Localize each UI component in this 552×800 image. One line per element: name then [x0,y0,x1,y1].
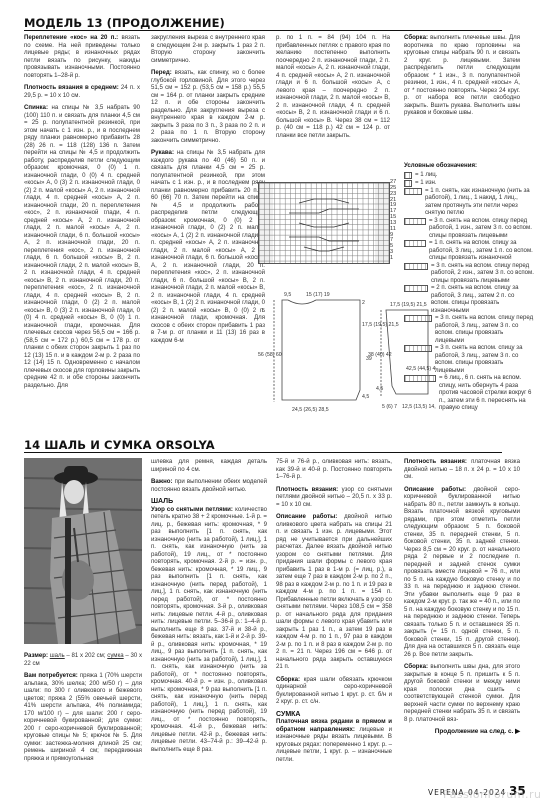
paragraph-text: шлевка для ремня, каждая деталь шириной … [151,458,267,473]
paragraph-text: вязать, как спинку, но с более глубокой … [151,69,265,144]
cable-chart-grid [258,182,390,264]
paragraph: закругления выреза с внутреннего края в … [151,34,265,64]
wrap-6-symbol-icon [404,375,436,382]
size-shawl: шаль [50,652,65,659]
shawl-pattern-text: количество петель кратно 38 + 2 кромочны… [151,506,267,753]
bag-heading: СУМКА [276,711,392,719]
schematic-back-neck: 5 [262,308,265,314]
model14-column-3: 75-й и 76-й р., оливковая нить: вязать, … [276,458,392,768]
paragraph-label: Сборка: [404,34,428,41]
paragraph-label: Спинка: [24,104,48,111]
legend-item: = 1 п. снять, как изнаночную (нить за ра… [404,187,534,217]
legend-item: = 3 п. снять на вспом. спицу перед работ… [404,314,534,344]
paragraph: Плотность вязания: платочная вязка двойн… [404,458,520,481]
continued-text: Продолжение на след. с. [435,728,514,735]
schematic-back-width: 24,5 (26,5) 28,5 [292,407,329,413]
continued-note: Продолжение на след. с. ▶ [404,728,520,736]
schematic-sleeve-band: 4,5 [376,386,383,392]
paragraph: шлевка для ремня, каждая деталь шириной … [151,458,267,473]
legend-item-text: = 2 п. снять на вспом. спицу за работой,… [431,284,534,314]
paragraph: р. по 1 п. = 84 (94) 104 п. На прибавлен… [276,34,390,139]
paragraph-label: Описание работы: [404,486,466,493]
shawl-heading: ШАЛЬ [151,498,267,506]
legend-item: = 6 лиц., 6 п. снять на вспом. спицу, ни… [404,374,534,412]
paragraph-label: Сборка: [276,676,300,683]
paragraph-text: двойной нитью оливкового цвета набрать н… [276,513,392,670]
size-paragraph: Размер: шаль – 81 х 202 см; сумка – 30 х… [24,652,142,667]
paragraph-label: Переплетение «кос» на 20 п.: [24,34,118,41]
paragraph-text: закругления выреза с внутреннего края в … [151,34,265,64]
model13-column-3: р. по 1 п. = 84 (94) 104 п. На прибавлен… [276,34,390,144]
schematic-back-top-left: 9,5 [284,292,291,298]
cable-crossings [259,183,389,263]
paragraph: Важно: при выполнении обеих моделей пост… [151,478,267,493]
paragraph-text: на спицы № 3,5 набрать 90 (100) 110 п. и… [24,104,140,389]
cable-3-3-front-icon [404,315,432,322]
arrow-right-icon: ▶ [515,728,520,735]
schematic-back-height: 56 (58) 60 [258,352,282,358]
legend-item-text: = 1 п. снять, как изнаночную (нить за ра… [425,187,534,217]
cable-3-2-front-icon [404,263,428,270]
materials-paragraph: Вам потребуется: пряжа 1 (70% шерсти аль… [24,672,142,762]
model14-column-4: Плотность вязания: платочная вязка двойн… [404,458,520,736]
bag-pattern-paragraph: Платочная вязка рядами в прямом и обратн… [276,718,392,763]
chart-row-number: 1 [390,256,402,262]
size-text-2: – 81 х 202 см; [65,652,108,659]
paragraph-text: 75-й и 76-й р., оливковая нить: вязать, … [276,458,392,480]
paragraph-text: выполнить швы дна, для этого закрытые в … [404,663,520,723]
paragraph: Описание работы: двойной серо-коричневой… [404,486,520,659]
materials-text: пряжа 1 (70% шерсти альпака, 30% шелка; … [24,672,142,762]
schematic-sleeve-left-height: 38 (40) 42 [368,352,392,358]
symbol-legend: Условные обозначения: = 1 лиц.= 1 изн.= … [404,162,534,412]
cable-1-3-back-icon [404,240,426,247]
paragraph-label: Рукава: [151,149,174,156]
paragraph-label: Сборка: [404,663,428,670]
paragraph: Спинка: на спицы № 3,5 набрать 90 (100) … [24,104,140,389]
legend-item-text: = 1 п. снять на вспом. спицу за работой,… [429,239,534,262]
cable-2-3-back-icon [404,285,428,292]
legend-item: = 1 п. снять на вспом. спицу за работой,… [404,239,534,262]
cable-3-1-front-icon [404,218,426,225]
model14-column-2: шлевка для ремня, каждая деталь шириной … [151,458,267,758]
shawl-pattern-label: Узор со снятыми петлями: [151,506,233,513]
paragraph-label: Перед: [151,69,172,76]
legend-item-text: = 1 лиц. [415,171,437,179]
paragraph-text: выполнить плечевые швы. Для воротника по… [404,34,520,116]
paragraph-text: на спицы № 3,5 набрать для каждого рукав… [151,149,265,344]
knit-square-icon [404,172,412,179]
legend-item-text: = 1 изн. [415,179,437,187]
paragraph-text: вязать по схеме. На ней приведены только… [24,34,140,79]
model13-column-1: Переплетение «кос» на 20 п.: вязать по с… [24,34,140,394]
legend-item: = 1 изн. [404,179,534,187]
paragraph-label: Важно: [151,478,173,485]
paragraph: Сборка: выполнить плечевые швы. Для воро… [404,34,520,117]
legend-item-text: = 3 п. снять на вспом. спицу перед работ… [431,262,534,285]
paragraph: Плотность вязания: узор со снятыми петля… [276,486,392,509]
section-title-model-13: МОДЕЛЬ 13 (ПРОДОЛЖЕНИЕ) [24,16,502,31]
cable-3-3-back-icon [404,345,432,352]
purl-square-icon [404,180,412,187]
paragraph: Сборка: края шали обвязать крючком одина… [276,676,392,706]
size-label: Размер: [24,652,48,659]
paragraph-label: Плотность вязания: [276,486,338,493]
model14-column-1: Размер: шаль – 81 х 202 см; сумка – 30 х… [24,652,142,767]
paragraph: Сборка: выполнить швы дна, для этого зак… [404,663,520,723]
watermark: PassionForum.ru [443,788,541,800]
paragraph-label: Плотность вязания: [404,458,467,465]
chart-row-numbers: 27252321191715131197531 [390,180,402,262]
paragraph: Переплетение «кос» на 20 п.: вязать по с… [24,34,140,79]
slip-yo-symbol-icon [404,188,422,195]
schematic-back-shoulder: 2 [362,300,365,306]
schematic-back-armhole: 17,5 (19,5) 21,5 [362,322,399,328]
legend-item-text: = 3 п. снять на вспом. спицу перед работ… [429,217,534,240]
legend-item: = 2 п. снять на вспом. спицу за работой,… [404,284,534,314]
legend-item: = 3 п. снять на вспом. спицу перед работ… [404,217,534,240]
paragraph: Описание работы: двойной нитью оливковог… [276,513,392,671]
paragraph-label: Описание работы: [276,513,337,520]
model-photo-shawl-bag [24,458,142,644]
legend-item-text: = 3 п. снять на вспом. спицу перед работ… [435,314,534,344]
paragraph: Рукава: на спицы № 3,5 набрать для каждо… [151,149,265,344]
model13-column-2-top: закругления выреза с внутреннего края в … [151,34,265,349]
paragraph-text: двойной серо-коричневой буклированной ни… [404,486,520,658]
materials-label: Вам потребуется: [24,672,78,679]
schematic-back-band: 4,5 [362,394,369,400]
paragraph: Перед: вязать, как спинку, но с более гл… [151,69,265,144]
schematic-back-top-right: 15 (17) 19 [306,292,330,298]
legend-title: Условные обозначения: [404,162,534,170]
legend-item-text: = 6 лиц., 6 п. снять на вспом. спицу, ни… [439,374,534,412]
paragraph-text: р. по 1 п. = 84 (94) 104 п. На прибавлен… [276,34,390,139]
schematic-sleeve-bottom-left: 5 (6) 7 [382,404,397,410]
legend-item: = 1 лиц. [404,171,534,179]
photo-illustration [24,458,142,644]
legend-item: = 3 п. снять на вспом. спицу за работой,… [404,344,534,374]
size-bag: сумка [107,652,123,659]
legend-item-text: = 3 п. снять на вспом. спицу за работой,… [435,344,534,374]
shawl-pattern-paragraph: Узор со снятыми петлями: количество пете… [151,506,267,754]
legend-item: = 3 п. снять на вспом. спицу перед работ… [404,262,534,285]
paragraph: Плотность вязания в среднем: 24 п. х 29,… [24,84,140,99]
paragraph: 75-й и 76-й р., оливковая нить: вязать, … [276,458,392,481]
paragraph-label: Плотность вязания в среднем: [24,84,119,91]
model13-column-4: Сборка: выполнить плечевые швы. Для воро… [404,34,520,122]
section-title-model-14: 14 ШАЛЬ И СУМКА ORSOLYA [24,438,502,453]
